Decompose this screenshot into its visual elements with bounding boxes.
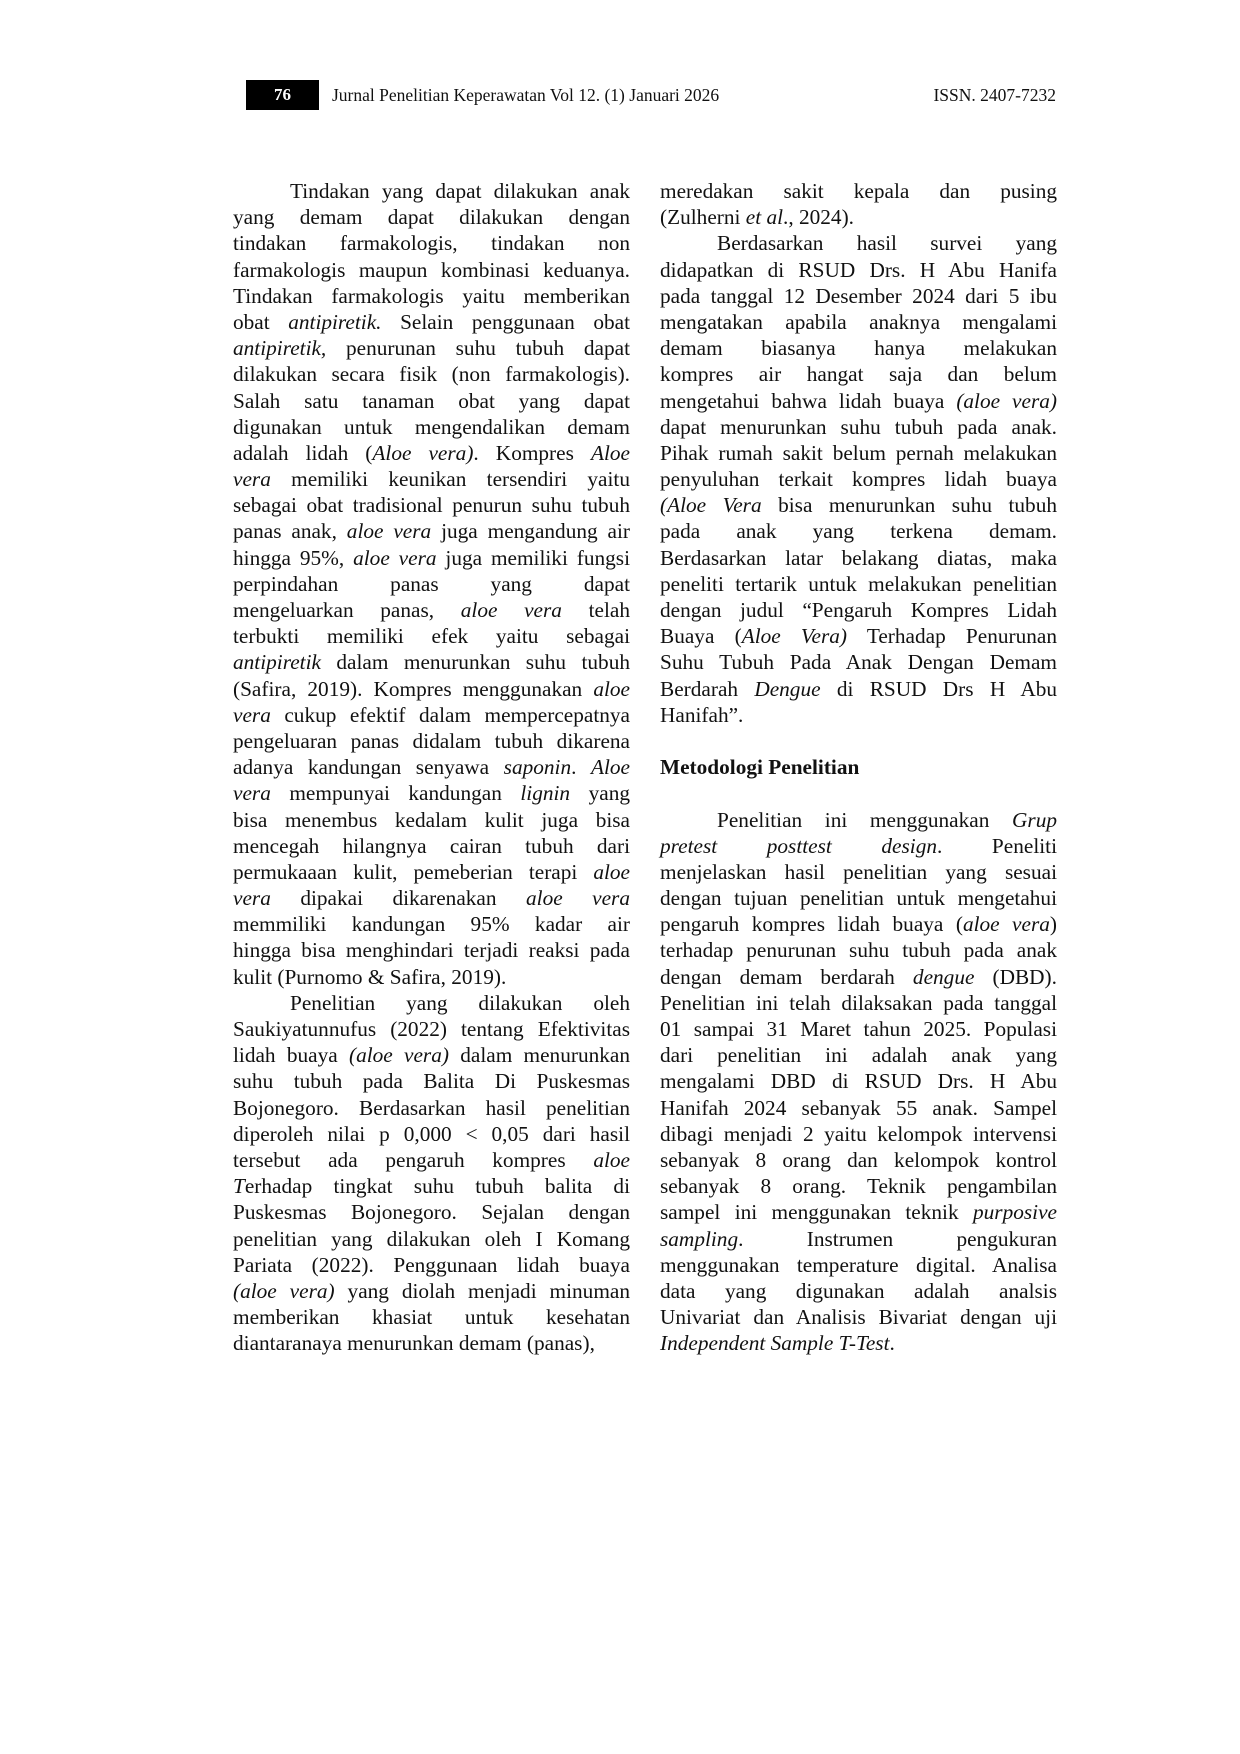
running-header: 76 Jurnal Penelitian Keperawatan Vol 12.…	[246, 80, 1056, 112]
paragraph-methodology: Penelitian ini menggunakan Gruppretest p…	[660, 807, 1057, 1357]
left-column: Tindakan yang dapat dilakukan anakyang d…	[233, 178, 630, 1356]
text-line: kompres air hangat saja dan belum	[660, 361, 1057, 387]
text-line: sebanyak 8 orang. Teknik pengambilan	[660, 1173, 1057, 1199]
text-line: 01 sampai 31 Maret tahun 2025. Populasi	[660, 1016, 1057, 1042]
text-line: Univariat dan Analisis Bivariat dengan u…	[660, 1304, 1057, 1330]
text-line: didapatkan di RSUD Drs. H Abu Hanifa	[660, 257, 1057, 283]
text-line: adalah lidah (Aloe vera). Kompres Aloe	[233, 440, 630, 466]
text-line: diperoleh nilai p 0,000 < 0,05 dari hasi…	[233, 1121, 630, 1147]
text-line: demam biasanya hanya melakukan	[660, 335, 1057, 361]
text-line: farmakologis maupun kombinasi keduanya.	[233, 257, 630, 283]
text-line: peneliti tertarik untuk melakukan peneli…	[660, 571, 1057, 597]
spacer	[660, 728, 1057, 754]
paragraph-continuation: meredakan sakit kepala dan pusing(Zulher…	[660, 178, 1057, 230]
text-line: antipiretik dalam menurunkan suhu tubuh	[233, 649, 630, 675]
text-line: suhu tubuh pada Balita Di Puskesmas	[233, 1068, 630, 1094]
right-column: meredakan sakit kepala dan pusing(Zulher…	[660, 178, 1057, 1356]
text-line: sampling. Instrumen pengukuran	[660, 1226, 1057, 1252]
text-line: dengan judul “Pengaruh Kompres Lidah	[660, 597, 1057, 623]
text-line: Saukiyatunnufus (2022) tentang Efektivit…	[233, 1016, 630, 1042]
text-line: menjelaskan hasil penelitian yang sesuai	[660, 859, 1057, 885]
text-line: Hanifah 2024 sebanyak 55 anak. Sampel	[660, 1095, 1057, 1121]
text-line: lidah buaya (aloe vera) dalam menurunkan	[233, 1042, 630, 1068]
text-line: panas anak, aloe vera juga mengandung ai…	[233, 518, 630, 544]
text-line: menggunakan temperature digital. Analisa	[660, 1252, 1057, 1278]
spacer	[660, 780, 1057, 806]
text-line: pada anak yang terkena demam.	[660, 518, 1057, 544]
text-line: yang demam dapat dilakukan dengan	[233, 204, 630, 230]
text-line: dengan demam berdarah dengue (DBD).	[660, 964, 1057, 990]
text-line: digunakan untuk mengendalikan demam	[233, 414, 630, 440]
paragraph-treatment: Tindakan yang dapat dilakukan anakyang d…	[233, 178, 630, 990]
text-line: pada tanggal 12 Desember 2024 dari 5 ibu	[660, 283, 1057, 309]
text-line: dapat menurunkan suhu tubuh pada anak.	[660, 414, 1057, 440]
text-line: penyuluhan terkait kompres lidah buaya	[660, 466, 1057, 492]
text-line: permukaaan kulit, pemeberian terapi aloe	[233, 859, 630, 885]
text-line: Bojonegoro. Berdasarkan hasil penelitian	[233, 1095, 630, 1121]
text-line: pengeluaran panas didalam tubuh dikarena	[233, 728, 630, 754]
text-line: mengeluarkan panas, aloe vera telah	[233, 597, 630, 623]
text-line: memberikan khasiat untuk kesehatan	[233, 1304, 630, 1330]
text-line: vera dipakai dikarenakan aloe vera	[233, 885, 630, 911]
text-line: pengaruh kompres lidah buaya (aloe vera)	[660, 911, 1057, 937]
text-line: Puskesmas Bojonegoro. Sejalan dengan	[233, 1199, 630, 1225]
text-line: Pariata (2022). Penggunaan lidah buaya	[233, 1252, 630, 1278]
page-number: 76	[246, 80, 319, 110]
text-line: sampel ini menggunakan teknik purposive	[660, 1199, 1057, 1225]
text-line: mengetahui bahwa lidah buaya (aloe vera)	[660, 388, 1057, 414]
text-line: Berdarah Dengue di RSUD Drs H Abu	[660, 676, 1057, 702]
text-line: diantaranaya menurunkan demam (panas),	[233, 1330, 630, 1356]
text-line: mencegah hilangnya cairan tubuh dari	[233, 833, 630, 859]
paragraph-prior-research: Penelitian yang dilakukan olehSaukiyatun…	[233, 990, 630, 1357]
text-line: Salah satu tanaman obat yang dapat	[233, 388, 630, 414]
text-line: Penelitian yang dilakukan oleh	[233, 990, 630, 1016]
text-line: mengatakan apabila anaknya mengalami	[660, 309, 1057, 335]
text-line: Penelitian ini menggunakan Grup	[660, 807, 1057, 833]
journal-title: Jurnal Penelitian Keperawatan Vol 12. (1…	[332, 80, 719, 110]
text-line: tindakan farmakologis, tindakan non	[233, 230, 630, 256]
text-line: meredakan sakit kepala dan pusing	[660, 178, 1057, 204]
text-line: Terhadap tingkat suhu tubuh balita di	[233, 1173, 630, 1199]
text-line: dilakukan secara fisik (non farmakologis…	[233, 361, 630, 387]
text-line: data yang digunakan adalah analsis	[660, 1278, 1057, 1304]
text-line: Hanifah”.	[660, 702, 1057, 728]
paragraph-survey: Berdasarkan hasil survei yangdidapatkan …	[660, 230, 1057, 728]
issn: ISSN. 2407-7232	[933, 80, 1056, 110]
text-line: hingga bisa menghindari terjadi reaksi p…	[233, 937, 630, 963]
text-line: Penelitian ini telah dilaksakan pada tan…	[660, 990, 1057, 1016]
text-line: Buaya (Aloe Vera) Terhadap Penurunan	[660, 623, 1057, 649]
text-line: (Zulherni et al., 2024).	[660, 204, 1057, 230]
text-line: penelitian yang dilakukan oleh I Komang	[233, 1226, 630, 1252]
text-line: sebagai obat tradisional penurun suhu tu…	[233, 492, 630, 518]
text-line: Tindakan yang dapat dilakukan anak	[233, 178, 630, 204]
text-line: Tindakan farmakologis yaitu memberikan	[233, 283, 630, 309]
text-line: tersebut ada pengaruh kompres aloe	[233, 1147, 630, 1173]
text-line: dibagi menjadi 2 yaitu kelompok interven…	[660, 1121, 1057, 1147]
text-line: (Aloe Vera bisa menurunkan suhu tubuh	[660, 492, 1057, 518]
text-line: adanya kandungan senyawa saponin. Aloe	[233, 754, 630, 780]
text-line: terhadap penurunan suhu tubuh pada anak	[660, 937, 1057, 963]
text-line: bisa menembus kedalam kulit juga bisa	[233, 807, 630, 833]
text-line: memmiliki kandungan 95% kadar air	[233, 911, 630, 937]
text-line: (Safira, 2019). Kompres menggunakan aloe	[233, 676, 630, 702]
text-line: Pihak rumah sakit belum pernah melakukan	[660, 440, 1057, 466]
text-line: mengalami DBD di RSUD Drs. H Abu	[660, 1068, 1057, 1094]
text-line: pretest posttest design. Peneliti	[660, 833, 1057, 859]
text-line: vera mempunyai kandungan lignin yang	[233, 780, 630, 806]
text-line: dengan tujuan penelitian untuk mengetahu…	[660, 885, 1057, 911]
text-line: (aloe vera) yang diolah menjadi minuman	[233, 1278, 630, 1304]
text-line: Berdasarkan hasil survei yang	[660, 230, 1057, 256]
text-line: antipiretik, penurunan suhu tubuh dapat	[233, 335, 630, 361]
section-heading-methodology: Metodologi Penelitian	[660, 754, 1057, 780]
text-line: sebanyak 8 orang dan kelompok kontrol	[660, 1147, 1057, 1173]
text-line: vera memiliki keunikan tersendiri yaitu	[233, 466, 630, 492]
text-line: perpindahan panas yang dapat	[233, 571, 630, 597]
text-line: Berdasarkan latar belakang diatas, maka	[660, 545, 1057, 571]
text-line: Suhu Tubuh Pada Anak Dengan Demam	[660, 649, 1057, 675]
text-line: kulit (Purnomo & Safira, 2019).	[233, 964, 630, 990]
text-line: hingga 95%, aloe vera juga memiliki fung…	[233, 545, 630, 571]
text-line: Independent Sample T-Test.	[660, 1330, 1057, 1356]
text-line: vera cukup efektif dalam mempercepatnya	[233, 702, 630, 728]
text-line: terbukti memiliki efek yaitu sebagai	[233, 623, 630, 649]
text-line: obat antipiretik. Selain penggunaan obat	[233, 309, 630, 335]
text-line: dari penelitian ini adalah anak yang	[660, 1042, 1057, 1068]
